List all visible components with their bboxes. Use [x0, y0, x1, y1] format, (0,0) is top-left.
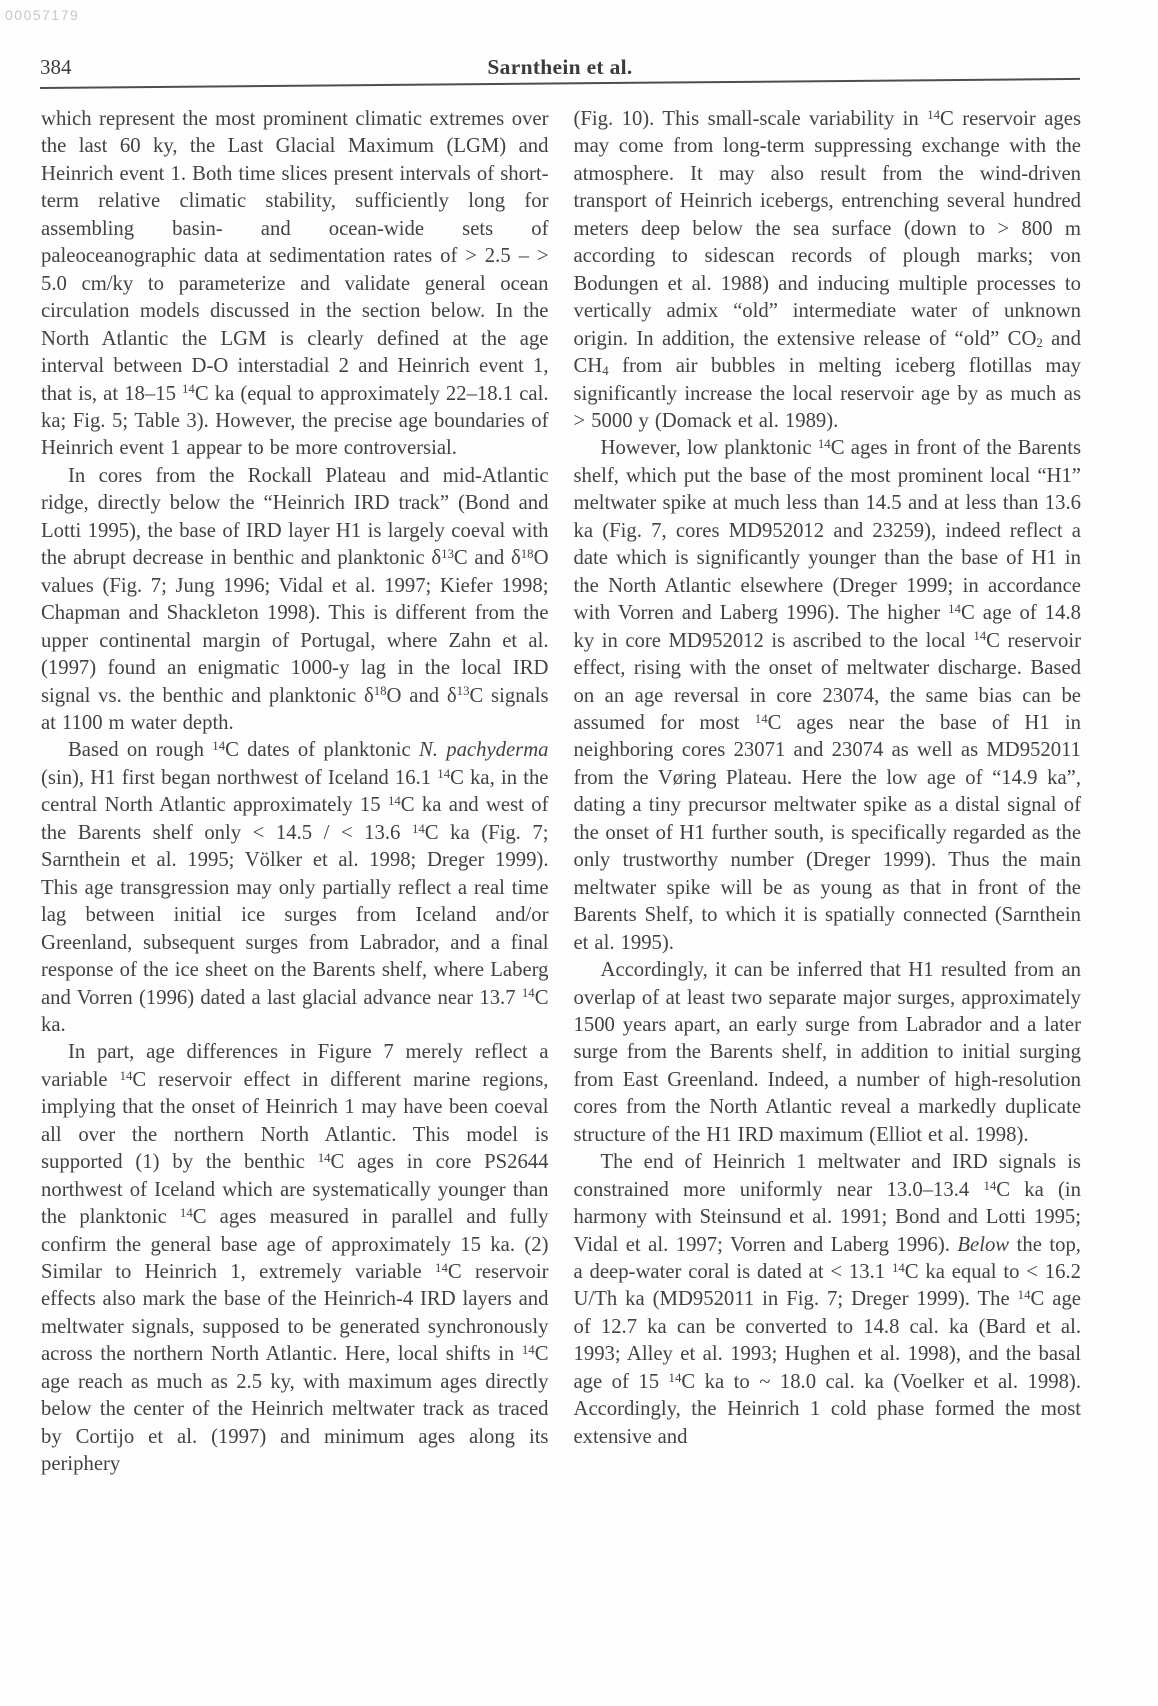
superscript: 14 [755, 712, 768, 726]
text-run: N. pachyderma [419, 739, 548, 761]
text-run: C reservoir ages may come from long-term… [574, 108, 1082, 350]
journal-page: 00057179 384 Sarnthein et al. which repr… [0, 0, 1158, 1706]
text-run: O values (Fig. 7; Jung 1996; Vidal et al… [41, 547, 549, 706]
text-run: However, low planktonic [601, 437, 818, 459]
superscript: 14 [892, 1261, 905, 1275]
running-head: Sarnthein et al. [40, 55, 1080, 80]
paragraph: (Fig. 10). This small-scale variability … [574, 106, 1082, 435]
superscript: 14 [318, 1151, 331, 1165]
text-columns: which represent the most prominent clima… [41, 106, 1081, 1479]
scan-number: 00057179 [5, 7, 79, 23]
subscript: 4 [602, 364, 608, 378]
paragraph: Based on rough 14C dates of planktonic N… [41, 737, 549, 1039]
superscript: 14 [120, 1069, 133, 1083]
paragraph: The end of Heinrich 1 meltwater and IRD … [574, 1149, 1082, 1451]
superscript: 14 [522, 986, 535, 1000]
paragraph: However, low planktonic 14C ages in fron… [574, 435, 1082, 957]
superscript: 18 [374, 684, 387, 698]
superscript: 14 [412, 822, 425, 836]
superscript: 14 [212, 739, 225, 753]
superscript: 18 [521, 547, 534, 561]
text-run: C ka (Fig. 7; Sarnthein et al. 1995; Völ… [41, 822, 549, 1009]
superscript: 14 [182, 382, 195, 396]
paragraph: In cores from the Rockall Plateau and mi… [41, 463, 549, 738]
text-run: (Fig. 10). This small-scale variability … [574, 108, 928, 130]
text-run: Based on rough [68, 739, 212, 761]
superscript: 14 [435, 1261, 448, 1275]
text-run: Accordingly, it can be inferred that H1 … [574, 959, 1082, 1146]
superscript: 14 [818, 437, 831, 451]
superscript: 14 [669, 1371, 682, 1385]
text-run: O and δ [387, 685, 457, 707]
text-run: which represent the most prominent clima… [41, 108, 549, 405]
right-column: (Fig. 10). This small-scale variability … [574, 106, 1082, 1479]
superscript: 14 [180, 1206, 193, 1220]
text-run: C dates of planktonic [225, 739, 419, 761]
text-run: C ages near the base of H1 in neighborin… [574, 712, 1082, 954]
superscript: 14 [522, 1343, 535, 1357]
superscript: 14 [948, 602, 961, 616]
superscript: 14 [983, 1179, 996, 1193]
superscript: 14 [437, 767, 450, 781]
text-run: C ages in front of the Barents shelf, wh… [574, 437, 1082, 624]
superscript: 14 [1018, 1288, 1031, 1302]
subscript: 2 [1036, 336, 1042, 350]
text-run: (sin), H1 first began northwest of Icela… [41, 767, 437, 789]
text-run: from air bubbles in melting iceberg flot… [574, 355, 1082, 432]
superscript: 14 [973, 629, 986, 643]
left-column: which represent the most prominent clima… [41, 106, 549, 1479]
text-run: C and δ [454, 547, 521, 569]
paragraph: which represent the most prominent clima… [41, 106, 549, 463]
superscript: 14 [388, 794, 401, 808]
superscript: 14 [927, 108, 940, 122]
superscript: 13 [441, 547, 454, 561]
paragraph: Accordingly, it can be inferred that H1 … [574, 957, 1082, 1149]
text-run: Below [957, 1234, 1009, 1256]
paragraph: In part, age differences in Figure 7 mer… [41, 1039, 549, 1478]
superscript: 13 [457, 684, 470, 698]
